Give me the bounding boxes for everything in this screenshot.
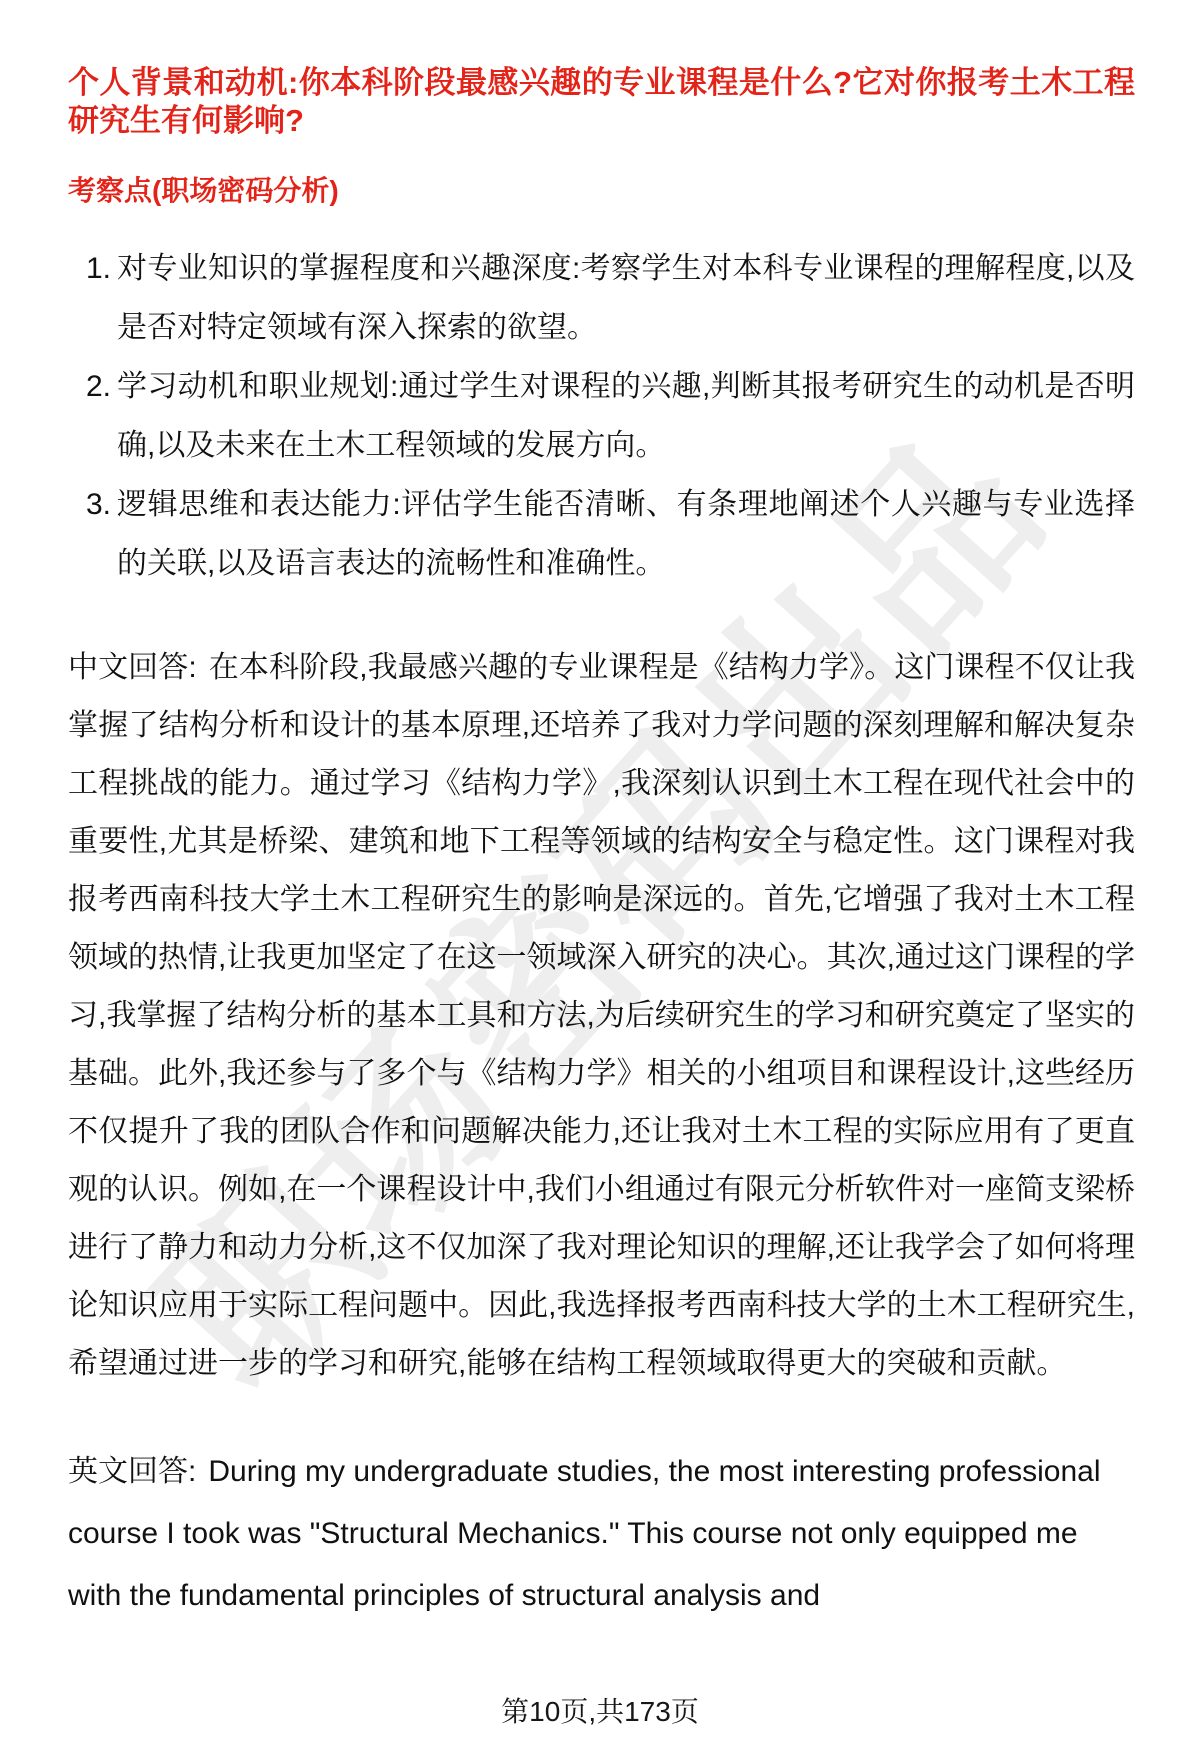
page-footer: 第10页,共173页 [0, 1690, 1200, 1730]
section-heading: 考察点(职场密码分析) [68, 174, 1135, 208]
list-item-text: 对专业知识的掌握程度和兴趣深度:考察学生对本科专业课程的理解程度,以及是否对特定… [117, 239, 1135, 357]
question-heading: 个人背景和动机:你本科阶段最感兴趣的专业课程是什么?它对你报考土木工程研究生有何… [68, 64, 1135, 140]
document-page: 职场密码出品 个人背景和动机:你本科阶段最感兴趣的专业课程是什么?它对你报考土木… [0, 0, 1200, 1755]
english-answer-label: 英文回答: [68, 1455, 196, 1488]
assessment-points-list: 1. 对专业知识的掌握程度和兴趣深度:考察学生对本科专业课程的理解程度,以及是否… [68, 239, 1135, 593]
list-item-text: 逻辑思维和表达能力:评估学生能否清晰、有条理地阐述个人兴趣与专业选择的关联,以及… [117, 475, 1135, 593]
list-item: 2. 学习动机和职业规划:通过学生对课程的兴趣,判断其报考研究生的动机是否明确,… [68, 357, 1135, 475]
list-item: 1. 对专业知识的掌握程度和兴趣深度:考察学生对本科专业课程的理解程度,以及是否… [68, 239, 1135, 357]
list-item-text: 学习动机和职业规划:通过学生对课程的兴趣,判断其报考研究生的动机是否明确,以及未… [117, 357, 1135, 475]
english-answer-paragraph: 英文回答:During my undergraduate studies, th… [68, 1441, 1135, 1627]
page-content: 个人背景和动机:你本科阶段最感兴趣的专业课程是什么?它对你报考土木工程研究生有何… [68, 64, 1135, 1627]
list-item: 3. 逻辑思维和表达能力:评估学生能否清晰、有条理地阐述个人兴趣与专业选择的关联… [68, 475, 1135, 593]
chinese-answer-label: 中文回答: [68, 651, 197, 684]
chinese-answer-text: 在本科阶段,我最感兴趣的专业课程是《结构力学》。这门课程不仅让我掌握了结构分析和… [68, 651, 1135, 1380]
english-answer-text: During my undergraduate studies, the mos… [68, 1455, 1101, 1612]
list-item-number: 3. [86, 475, 117, 593]
list-item-number: 2. [86, 357, 117, 475]
page-indicator: 第10页,共173页 [501, 1696, 699, 1727]
chinese-answer-paragraph: 中文回答:在本科阶段,我最感兴趣的专业课程是《结构力学》。这门课程不仅让我掌握了… [68, 639, 1135, 1393]
list-item-number: 1. [86, 239, 117, 357]
